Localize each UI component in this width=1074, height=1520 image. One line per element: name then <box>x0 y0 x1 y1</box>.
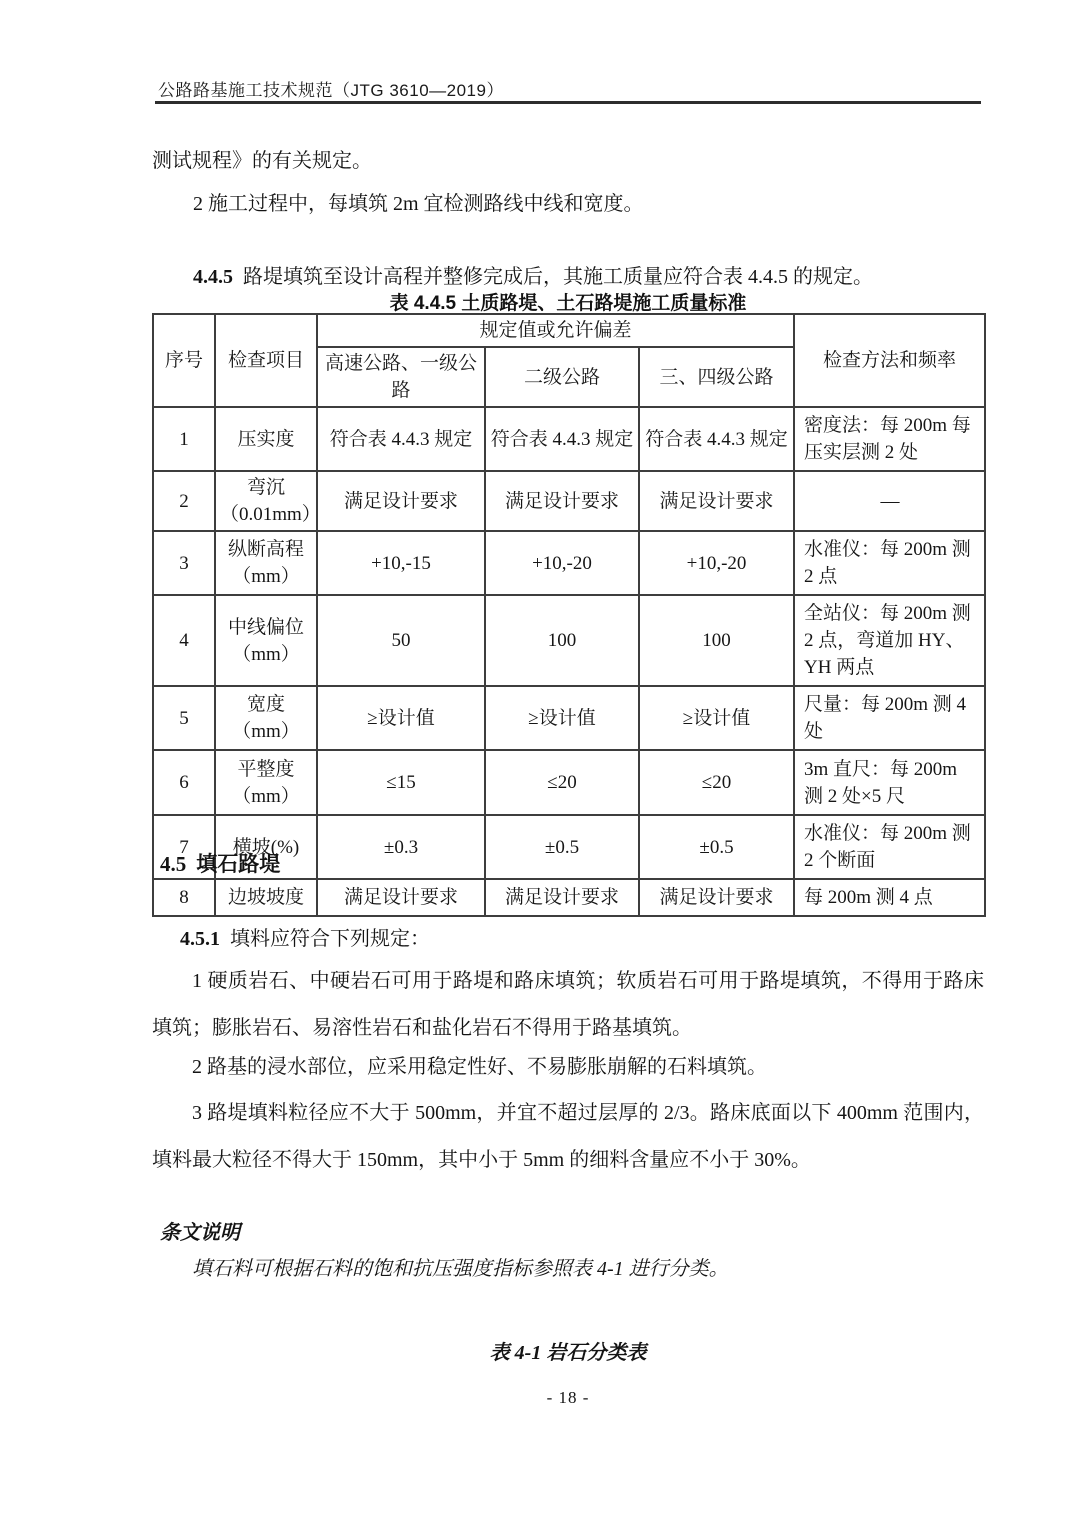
section-4-5-heading: 4.5填石路堤 <box>160 848 280 878</box>
table-row-4: 4 中线偏位 （mm） 50 100 100 全站仪：每 200m 测 2 点，… <box>153 595 985 686</box>
table-row-5: 5 宽度（mm） ≥设计值 ≥设计值 ≥设计值 尺量：每 200m 测 4 处 <box>153 686 985 750</box>
section-4-5-1-number: 4.5.1 <box>180 928 220 950</box>
cell-v2: 满足设计要求 <box>485 879 639 916</box>
header-rule <box>155 101 981 104</box>
cell-v3: 满足设计要求 <box>639 471 794 531</box>
cell-v3: 满足设计要求 <box>639 879 794 916</box>
cell-v1: ≥设计值 <box>317 686 485 750</box>
col-header-grade-1: 高速公路、一级公路 <box>317 347 485 407</box>
clause-paragraph-3: 3 路堤填料粒径应不大于 500mm，并宜不超过层厚的 2/3。路床底面以下 4… <box>152 1090 984 1184</box>
running-head: 公路路基施工技术规范（JTG 3610—2019） <box>158 76 504 101</box>
table-header-row-1: 序号 检查项目 规定值或允许偏差 检查方法和频率 <box>153 314 985 347</box>
document-page: 公路路基施工技术规范（JTG 3610—2019） 测试规程》的有关规定。 2 … <box>0 0 1074 1520</box>
section-4-5-1-text: 填料应符合下列规定： <box>230 928 430 950</box>
cell-v2: 满足设计要求 <box>485 471 639 531</box>
table-row-1: 1 压实度 符合表 4.4.3 规定 符合表 4.4.3 规定 符合表 4.4.… <box>153 407 985 471</box>
cell-v2: ±0.5 <box>485 815 639 879</box>
cell-v1: 符合表 4.4.3 规定 <box>317 407 485 471</box>
cell-v2: 100 <box>485 595 639 686</box>
cell-v3: ≤20 <box>639 750 794 815</box>
table-4-4-5: 序号 检查项目 规定值或允许偏差 检查方法和频率 高速公路、一级公路 二级公路 … <box>152 313 986 917</box>
cell-v1: ≤15 <box>317 750 485 815</box>
cell-v1: 满足设计要求 <box>317 471 485 531</box>
table-row-8: 8 边坡坡度 满足设计要求 满足设计要求 满足设计要求 每 200m 测 4 点 <box>153 879 985 916</box>
cell-no: 5 <box>153 686 215 750</box>
table-4-4-5-title: 表 4.4.5 土质路堤、土石路堤施工质量标准 <box>152 288 984 315</box>
commentary-paragraph: 填石料可根据石料的饱和抗压强度指标参照表 4-1 进行分类。 <box>152 1246 984 1293</box>
section-4-5-title: 填石路堤 <box>196 853 280 876</box>
cell-v2: +10,-20 <box>485 531 639 595</box>
col-header-item: 检查项目 <box>215 314 317 407</box>
section-4-5-number: 4.5 <box>160 852 186 876</box>
cell-v3: +10,-20 <box>639 531 794 595</box>
col-header-grade-3: 三、四级公路 <box>639 347 794 407</box>
cell-v3: 符合表 4.4.3 规定 <box>639 407 794 471</box>
section-4-4-5-number: 4.4.5 <box>193 266 233 288</box>
cell-v1: 满足设计要求 <box>317 879 485 916</box>
table-row-6: 6 平整度 （mm） ≤15 ≤20 ≤20 3m 直尺：每 200m 测 2 … <box>153 750 985 815</box>
cell-v2: 符合表 4.4.3 规定 <box>485 407 639 471</box>
section-4-4-5-text: 路堤填筑至设计高程并整修完成后，其施工质量应符合表 4.4.5 的规定。 <box>243 266 873 288</box>
cell-no: 4 <box>153 595 215 686</box>
cell-no: 2 <box>153 471 215 531</box>
clause-paragraph-1: 1 硬质岩石、中硬岩石可用于路堤和路床填筑；软质岩石可用于路堤填筑，不得用于路床… <box>152 958 984 1052</box>
cell-v2: ≥设计值 <box>485 686 639 750</box>
cell-no: 8 <box>153 879 215 916</box>
cell-method: 全站仪：每 200m 测 2 点，弯道加 HY、YH 两点 <box>794 595 985 686</box>
page-number: - 18 - <box>152 1388 984 1408</box>
paragraph-continuation: 测试规程》的有关规定。 <box>152 138 984 185</box>
cell-method: — <box>794 471 985 531</box>
table-4-1-caption: 表 4-1 岩石分类表 <box>152 1336 984 1365</box>
cell-v2: ≤20 <box>485 750 639 815</box>
cell-method: 水准仪：每 200m 测 2 个断面 <box>794 815 985 879</box>
commentary-heading: 条文说明 <box>160 1216 240 1245</box>
cell-item: 弯沉 （0.01mm） <box>215 471 317 531</box>
cell-item: 边坡坡度 <box>215 879 317 916</box>
cell-method: 每 200m 测 4 点 <box>794 879 985 916</box>
cell-method: 水准仪：每 200m 测 2 点 <box>794 531 985 595</box>
col-header-index: 序号 <box>153 314 215 407</box>
cell-v3: ≥设计值 <box>639 686 794 750</box>
cell-item: 中线偏位 （mm） <box>215 595 317 686</box>
col-header-tolerance-group: 规定值或允许偏差 <box>317 314 794 347</box>
cell-no: 1 <box>153 407 215 471</box>
cell-v1: 50 <box>317 595 485 686</box>
cell-item: 平整度 （mm） <box>215 750 317 815</box>
cell-item: 宽度（mm） <box>215 686 317 750</box>
table-row-2: 2 弯沉 （0.01mm） 满足设计要求 满足设计要求 满足设计要求 — <box>153 471 985 531</box>
cell-method: 3m 直尺：每 200m 测 2 处×5 尺 <box>794 750 985 815</box>
col-header-method: 检查方法和频率 <box>794 314 985 407</box>
cell-v1: +10,-15 <box>317 531 485 595</box>
section-4-5-1-heading: 4.5.1填料应符合下列规定： <box>180 916 984 963</box>
table-row-3: 3 纵断高程 （mm） +10,-15 +10,-20 +10,-20 水准仪：… <box>153 531 985 595</box>
clause-4-4-4-item-2: 2 施工过程中，每填筑 2m 宜检测路线中线和宽度。 <box>193 181 1025 228</box>
cell-method: 密度法：每 200m 每压实层测 2 处 <box>794 407 985 471</box>
col-header-grade-2: 二级公路 <box>485 347 639 407</box>
cell-method: 尺量：每 200m 测 4 处 <box>794 686 985 750</box>
cell-v1: ±0.3 <box>317 815 485 879</box>
table-4-4-5-wrapper: 序号 检查项目 规定值或允许偏差 检查方法和频率 高速公路、一级公路 二级公路 … <box>152 313 986 917</box>
cell-no: 3 <box>153 531 215 595</box>
clause-paragraph-2: 2 路基的浸水部位，应采用稳定性好、不易膨胀崩解的石料填筑。 <box>152 1044 984 1091</box>
cell-v3: ±0.5 <box>639 815 794 879</box>
cell-item: 纵断高程 （mm） <box>215 531 317 595</box>
cell-v3: 100 <box>639 595 794 686</box>
cell-no: 6 <box>153 750 215 815</box>
cell-item: 压实度 <box>215 407 317 471</box>
